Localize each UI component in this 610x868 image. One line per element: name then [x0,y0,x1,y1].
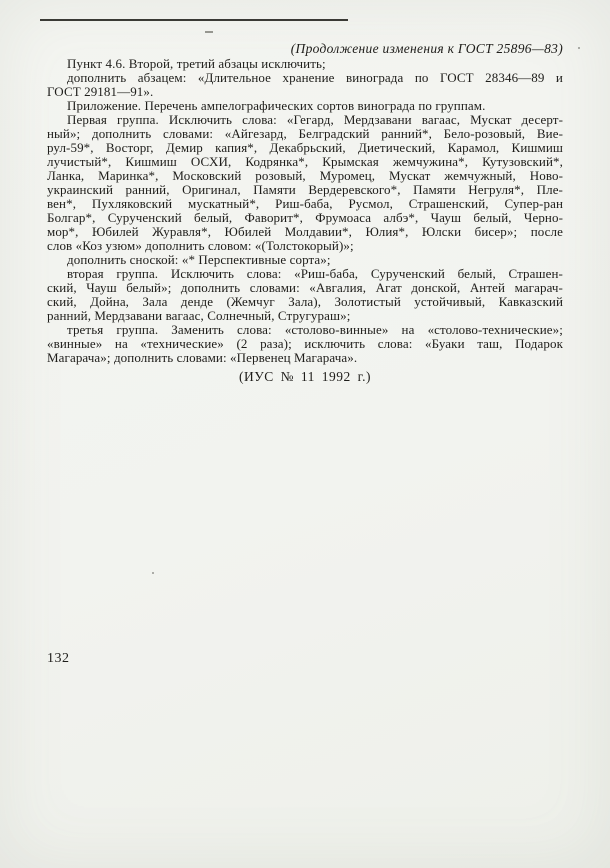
text-line: ный»; дополнить словами: «Айгезард, Белг… [47,127,563,141]
text-line: вторая группа. Исключить слова: «Риш-баб… [47,267,563,281]
text-line: Болгар*, Сурученский белый, Фаворит*, Фр… [47,211,563,225]
text-line: ский, Чауш белый»; дополнить словами: «А… [47,281,563,295]
text-line: рул-59*, Восторг, Демир капия*, Декабрьс… [47,141,563,155]
scan-speck [578,47,580,49]
text-line: ГОСТ 29181—91». [47,85,563,99]
text-line: украинский ранний, Оригинал, Памяти Верд… [47,183,563,197]
text-line: «винные» на «технические» (2 раза); искл… [47,337,563,351]
page-number: 132 [47,651,70,667]
scan-speck [205,31,213,33]
document-body: Пункт 4.6. Второй, третий абзацы исключи… [47,57,563,384]
issue-note: (ИУС № 11 1992 г.) [47,370,563,384]
text-line: Приложение. Перечень ампелографических с… [47,99,563,113]
text-line: слов «Коз узюм» дополнить словом: «(Толс… [47,239,563,253]
text-line: третья группа. Заменить слова: «столово-… [47,323,563,337]
text-line: Пункт 4.6. Второй, третий абзацы исключи… [47,57,563,71]
text-line: вен*, Пухляковский мускатный*, Риш-баба,… [47,197,563,211]
text-line: дополнить абзацем: «Длительное хранение … [47,71,563,85]
continuation-note: (Продолжение изменения к ГОСТ 25896—83) [47,41,563,57]
text-line: мор*, Юбилей Журавля*, Юбилей Молдавии*,… [47,225,563,239]
document-page: (Продолжение изменения к ГОСТ 25896—83) … [0,0,610,868]
top-divider-rule [40,19,348,21]
text-line: ранний, Мердзавани вагаас, Солнечный, Ст… [47,309,563,323]
text-line: дополнить сноской: «* Перспективные сорт… [47,253,563,267]
text-line: Первая группа. Исключить слова: «Гегард,… [47,113,563,127]
text-line: лучистый*, Кишмиш ОСХИ, Кодрянка*, Крымс… [47,155,563,169]
text-line: Ланка, Маринка*, Московский розовый, Мур… [47,169,563,183]
scan-speck [152,572,154,574]
text-line: Магарача»; дополнить словами: «Первенец … [47,351,563,365]
text-line: ский, Дойна, Зала денде (Жемчуг Зала), З… [47,295,563,309]
